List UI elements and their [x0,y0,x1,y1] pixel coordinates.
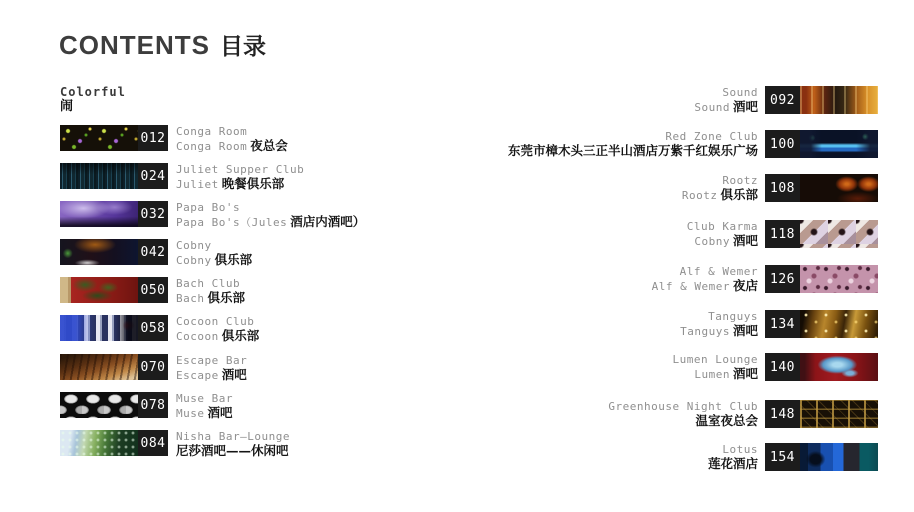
entry-title-zh-line: Rootz俱乐部 [318,187,758,203]
entry-title-en: Juliet Supper Club [176,163,304,176]
page-number: 012 [141,131,166,146]
page-number-badge: 078 [138,392,168,418]
section-heading: Colorful 闹 [60,86,126,114]
entry-text: Cocoon Club Cocoon俱乐部 [176,315,259,344]
entry-text: Bach Club Bach俱乐部 [176,277,245,306]
entry-title-en: Red Zone Club [318,130,758,143]
entry-sub-zh: 酒吧 [733,233,758,248]
page-number: 134 [770,317,795,332]
page-number: 050 [141,283,166,298]
entry-sub-zh: 尼莎酒吧——休闲吧 [176,443,289,458]
entry-sub-zh: 酒吧 [733,323,758,338]
entry-title-zh-line: Cobny俱乐部 [176,252,252,268]
page-number-badge: 012 [138,125,168,151]
thumbnail-image [800,310,878,338]
entry-title-zh-line: Bach俱乐部 [176,290,245,306]
page-number: 100 [770,137,795,152]
entry-sub-en: Cobny [176,254,212,267]
entry-sub-en: Muse [176,407,205,420]
toc-entry-084: 084 Nisha Bar—Lounge 尼莎酒吧——休闲吧 [60,430,290,459]
page-number-badge: 050 [138,277,168,303]
toc-entry-134: Tanguys Tanguys酒吧 134 [318,310,878,339]
page-number: 092 [770,93,795,108]
entry-sub-zh: 莲花酒店 [708,456,758,471]
page-number-badge: 058 [138,315,168,341]
toc-entry-154: Lotus 莲花酒店 154 [318,443,878,472]
thumbnail-muse-bar: 078 [60,392,168,418]
entry-text: Alf & Wemer Alf & Wemer夜店 [318,265,758,294]
page-number: 070 [141,360,166,375]
entry-sub-zh: 夜店 [733,278,758,293]
entry-sub-zh: 俱乐部 [215,252,253,267]
entry-title-en: Cobny [176,239,252,252]
page-number: 032 [141,207,166,222]
page-number-badge: 118 [765,220,800,248]
entry-title-en: Nisha Bar—Lounge [176,430,290,443]
entry-sub-en: Tanguys [680,325,730,338]
page-number: 148 [770,407,795,422]
page-number-badge: 126 [765,265,800,293]
page-number: 126 [770,272,795,287]
page-number: 118 [770,227,795,242]
toc-entry-012: 012 Conga Room Conga Room夜总会 [60,125,288,154]
thumbnail-alf-wemer: 126 [765,265,878,293]
thumbnail-tanguys: 134 [765,310,878,338]
page-number: 108 [770,181,795,196]
thumbnail-papa-bos: 032 [60,201,168,227]
thumbnail-image [800,130,878,158]
page-number-badge: 108 [765,174,800,202]
entry-title-zh-line: Cocoon俱乐部 [176,328,259,344]
thumbnail-cocoon-club: 058 [60,315,168,341]
entry-text: Conga Room Conga Room夜总会 [176,125,288,154]
page-number-badge: 154 [765,443,800,471]
entry-title-en: Greenhouse Night Club [318,400,758,413]
page-number-badge: 100 [765,130,800,158]
entry-text: Tanguys Tanguys酒吧 [318,310,758,339]
entry-title-en: Alf & Wemer [318,265,758,278]
entry-title-zh-line: Lumen酒吧 [318,366,758,382]
entry-sub-zh: 酒吧 [222,367,247,382]
thumbnail-lumen-lounge: 140 [765,353,878,381]
thumbnail-image [60,354,138,380]
page-number: 058 [141,321,166,336]
thumbnail-image [800,353,878,381]
entry-sub-en: Lumen [694,368,730,381]
page-number-badge: 092 [765,86,800,114]
entry-title-zh-line: Sound酒吧 [318,99,758,115]
thumbnail-image [800,174,878,202]
entry-text: Lotus 莲花酒店 [318,443,758,472]
entry-sub-zh: 温室夜总会 [695,413,758,428]
thumbnail-rootz: 108 [765,174,878,202]
entry-sub-en: Rootz [682,189,718,202]
entry-sub-zh: 酒吧 [733,99,758,114]
toc-entry-108: Rootz Rootz俱乐部 108 [318,174,878,203]
entry-title-en: Cocoon Club [176,315,259,328]
thumbnail-club-karma: 118 [765,220,878,248]
thumbnail-greenhouse-night-club: 148 [765,400,878,428]
page-number-badge: 024 [138,163,168,189]
page-number-badge: 042 [138,239,168,265]
entry-title-zh-line: 东莞市樟木头三正半山酒店万紫千红娱乐广场 [318,143,758,159]
page-number-badge: 032 [138,201,168,227]
entry-sub-en: Sound [694,101,730,114]
page-title-en: CONTENTS [59,30,210,60]
page-title-zh: 目录 [220,34,266,60]
entry-text: Greenhouse Night Club 温室夜总会 [318,400,758,429]
entry-title-en: Escape Bar [176,354,247,367]
thumbnail-image [800,220,878,248]
thumbnail-image [60,201,138,227]
page-number: 154 [770,450,795,465]
entry-title-en: Club Karma [318,220,758,233]
toc-entry-140: Lumen Lounge Lumen酒吧 140 [318,353,878,382]
toc-entry-092: Sound Sound酒吧 092 [318,86,878,115]
thumbnail-escape-bar: 070 [60,354,168,380]
thumbnail-image [60,315,138,341]
toc-entry-126: Alf & Wemer Alf & Wemer夜店 126 [318,265,878,294]
toc-entry-024: 024 Juliet Supper Club Juliet晚餐俱乐部 [60,163,304,192]
page-number: 024 [141,169,166,184]
entry-text: Red Zone Club 东莞市樟木头三正半山酒店万紫千红娱乐广场 [318,130,758,159]
toc-entry-058: 058 Cocoon Club Cocoon俱乐部 [60,315,259,344]
thumbnail-red-zone-club: 100 [765,130,878,158]
toc-entry-148: Greenhouse Night Club 温室夜总会 148 [318,400,878,429]
entry-text: Cobny Cobny俱乐部 [176,239,252,268]
thumbnail-bach-club: 050 [60,277,168,303]
contents-page: CONTENTS目录 Colorful 闹 012 Conga Room Con… [0,0,914,512]
entry-title-zh-line: Alf & Wemer夜店 [318,278,758,294]
entry-sub-en: Alf & Wemer [652,280,730,293]
entry-title-zh-line: 温室夜总会 [318,413,758,429]
toc-entry-118: Club Karma Cobny酒吧 118 [318,220,878,249]
page-title: CONTENTS目录 [59,28,266,61]
thumbnail-conga-room: 012 [60,125,168,151]
entry-sub-zh: 俱乐部 [208,290,246,305]
entry-text: Lumen Lounge Lumen酒吧 [318,353,758,382]
entry-sub-en: Juliet [176,178,219,191]
entry-title-en: Rootz [318,174,758,187]
entry-sub-zh: 酒吧 [733,366,758,381]
entry-text: Juliet Supper Club Juliet晚餐俱乐部 [176,163,304,192]
entry-title-zh-line: Escape酒吧 [176,367,247,383]
toc-entry-070: 070 Escape Bar Escape酒吧 [60,354,247,383]
entry-sub-zh: 俱乐部 [720,187,758,202]
entry-title-zh-line: Tanguys酒吧 [318,323,758,339]
thumbnail-image [800,86,878,114]
section-heading-zh: 闹 [60,99,126,114]
section-heading-en: Colorful [60,86,126,99]
thumbnail-image [60,392,138,418]
entry-title-en: Conga Room [176,125,288,138]
entry-title-en: Tanguys [318,310,758,323]
page-number: 078 [141,398,166,413]
entry-title-zh-line: 莲花酒店 [318,456,758,472]
entry-title-en: Bach Club [176,277,245,290]
entry-title-en: Lotus [318,443,758,456]
entry-sub-zh: 晚餐俱乐部 [222,176,285,191]
entry-title-zh-line: Muse酒吧 [176,405,233,421]
entry-text: Sound Sound酒吧 [318,86,758,115]
toc-entry-050: 050 Bach Club Bach俱乐部 [60,277,245,306]
page-number: 140 [770,360,795,375]
thumbnail-image [60,239,138,265]
entry-sub-en: Papa Bo's（Jules [176,216,287,229]
entry-sub-zh: 夜总会 [250,138,288,153]
entry-title-en: Lumen Lounge [318,353,758,366]
thumbnail-juliet-supper-club: 024 [60,163,168,189]
thumbnail-image [60,125,138,151]
entry-sub-zh: 东莞市樟木头三正半山酒店万紫千红娱乐广场 [508,143,758,158]
page-number-badge: 140 [765,353,800,381]
thumbnail-image [60,430,138,456]
thumbnail-sound: 092 [765,86,878,114]
entry-title-en: Muse Bar [176,392,233,405]
thumbnail-nisha-bar-lounge: 084 [60,430,168,456]
thumbnail-image [60,163,138,189]
thumbnail-lotus: 154 [765,443,878,471]
entry-sub-en: Cocoon [176,330,219,343]
toc-entry-100: Red Zone Club 东莞市樟木头三正半山酒店万紫千红娱乐广场 100 [318,130,878,159]
page-number-badge: 070 [138,354,168,380]
entry-title-zh-line: Juliet晚餐俱乐部 [176,176,304,192]
entry-sub-en: Bach [176,292,205,305]
page-number-badge: 134 [765,310,800,338]
thumbnail-cobny: 042 [60,239,168,265]
entry-sub-en: Escape [176,369,219,382]
thumbnail-image [800,400,878,428]
entry-text: Club Karma Cobny酒吧 [318,220,758,249]
entry-text: Muse Bar Muse酒吧 [176,392,233,421]
toc-entry-078: 078 Muse Bar Muse酒吧 [60,392,233,421]
entry-sub-zh: 酒吧 [208,405,233,420]
thumbnail-image [800,265,878,293]
entry-title-en: Sound [318,86,758,99]
entry-sub-zh: 俱乐部 [222,328,260,343]
page-number: 084 [141,436,166,451]
toc-entry-042: 042 Cobny Cobny俱乐部 [60,239,252,268]
page-number-badge: 084 [138,430,168,456]
entry-text: Escape Bar Escape酒吧 [176,354,247,383]
entry-sub-en: Conga Room [176,140,247,153]
entry-text: Rootz Rootz俱乐部 [318,174,758,203]
entry-sub-en: Cobny [694,235,730,248]
entry-title-zh-line: Cobny酒吧 [318,233,758,249]
page-number-badge: 148 [765,400,800,428]
entry-text: Nisha Bar—Lounge 尼莎酒吧——休闲吧 [176,430,290,459]
thumbnail-image [60,277,138,303]
page-number: 042 [141,245,166,260]
entry-title-zh-line: Conga Room夜总会 [176,138,288,154]
thumbnail-image [800,443,878,471]
entry-title-zh-line: 尼莎酒吧——休闲吧 [176,443,290,459]
